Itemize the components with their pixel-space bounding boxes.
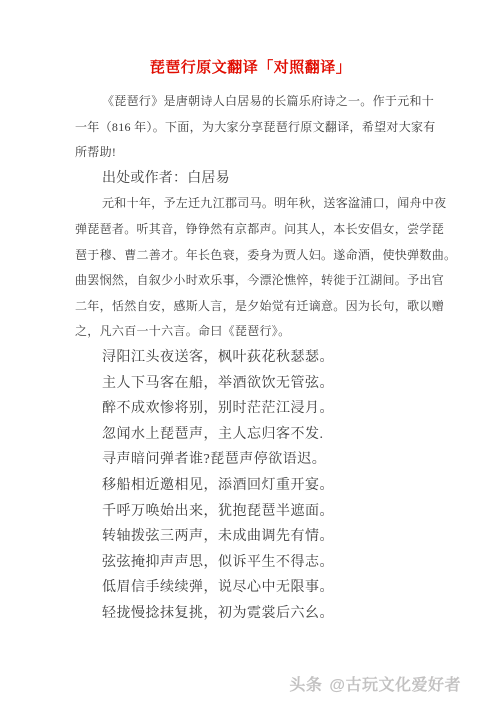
intro-line: 一年（816 年）。下面，为大家分享琵琶行原文翻译，希望对大家有 (75, 115, 426, 141)
poem-line: 千呼万唤始出来，犹抱琵琶半遮面。 (75, 499, 426, 525)
watermark: 头条 @古玩文化爱好者 (289, 672, 463, 695)
byline: 出处或作者：白居易 (75, 166, 426, 192)
poem-line: 主人下马客在船，举酒欲饮无管弦。 (75, 371, 426, 397)
preface-line: 之，凡六百一十六言。命曰《琵琶行》。 (75, 319, 426, 345)
intro-line: 《琵琶行》是唐朝诗人白居易的长篇乐府诗之一。作于元和十 (75, 89, 426, 115)
preface-line: 元和十年，予左迁九江郡司马。明年秋，送客湓浦口，闻舟中夜 (75, 191, 426, 217)
poem-line: 移船相近邀相见，添酒回灯重开宴。 (75, 473, 426, 499)
preface-line: 二年，恬然自安，感斯人言，是夕始觉有迁谪意。因为长句，歌以赠 (75, 294, 426, 320)
document-page: { "page": { "background": "#ffffff", "bo… (0, 0, 496, 702)
poem-line: 醉不成欢惨将别，别时茫茫江浸月。 (75, 396, 426, 422)
preface-line: 曲罢悯然，自叙少小时欢乐事，今漂沦憔悴，转徙于江湖间。予出官 (75, 268, 426, 294)
poem-line: 低眉信手续续弹，说尽心中无限事。 (75, 575, 426, 601)
watermark-account: @古玩文化爱好者 (329, 677, 461, 694)
article-body: 《琵琶行》是唐朝诗人白居易的长篇乐府诗之一。作于元和十 一年（816 年）。下面… (75, 89, 426, 626)
poem-line: 忽闻水上琵琶声，主人忘归客不发. (75, 422, 426, 448)
toutiao-brand-label: 头条 (289, 677, 322, 694)
preface-line: 琶于穆、曹二善才。年长色衰，委身为贾人妇。遂命酒，使快弹数曲。 (75, 243, 426, 269)
poem-line: 浔阳江头夜送客，枫叶荻花秋瑟瑟。 (75, 345, 426, 371)
article-title: 琵琶行原文翻译「对照翻译」 (75, 57, 426, 80)
poem-line: 轻拢慢捻抹复挑，初为霓裳后六幺。 (75, 601, 426, 627)
article: 琵琶行原文翻译「对照翻译」 《琵琶行》是唐朝诗人白居易的长篇乐府诗之一。作于元和… (0, 0, 496, 626)
poem-line: 弦弦掩抑声声思，似诉平生不得志。 (75, 550, 426, 576)
intro-line: 所帮助! (75, 140, 426, 166)
poem-line: 转轴拨弦三两声，未成曲调先有情。 (75, 524, 426, 550)
preface-line: 弹琵琶者。听其音，铮铮然有京都声。问其人，本长安倡女，尝学琵 (75, 217, 426, 243)
poem-line: 寻声暗问弹者谁?琵琶声停欲语迟。 (75, 447, 426, 473)
